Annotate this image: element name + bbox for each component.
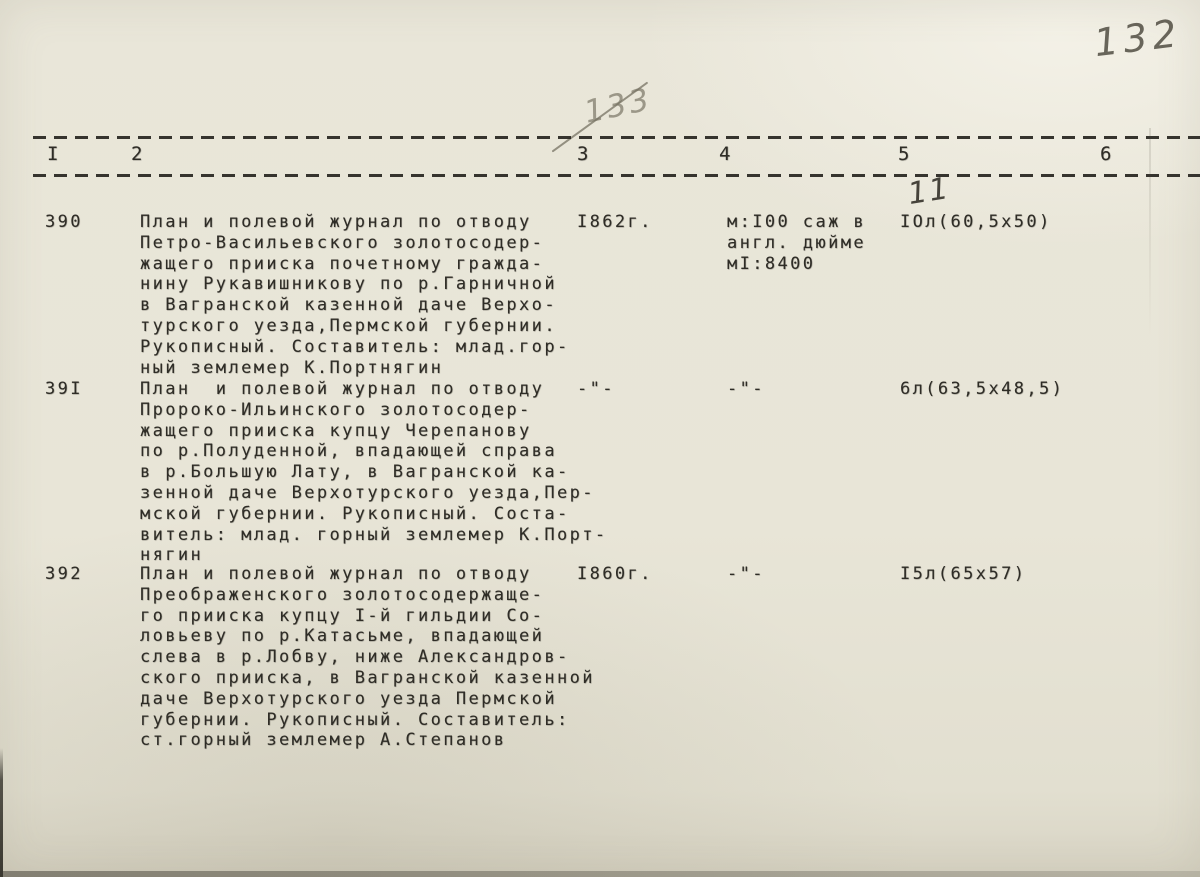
handwritten-sheet-correction: 11 bbox=[906, 171, 953, 212]
column-header-4: 4 bbox=[719, 145, 730, 164]
row-sheets: IOл(60,5x50) bbox=[900, 212, 1052, 233]
row-number: 390 bbox=[45, 212, 83, 233]
column-header-5: 5 bbox=[898, 145, 909, 164]
handwritten-page-number: 132 bbox=[1092, 11, 1184, 65]
scanned-document-page: 132 133 I 2 3 4 5 6 390 План и полевой ж… bbox=[0, 0, 1200, 877]
row-scale: -"- bbox=[727, 564, 912, 585]
row-number: 392 bbox=[45, 564, 83, 585]
table-rule-top bbox=[33, 136, 1200, 139]
column-header-6: 6 bbox=[1100, 145, 1111, 164]
row-sheets: I5л(65x57) bbox=[900, 564, 1026, 585]
row-description: План и полевой журнал по отводу Пророко-… bbox=[140, 379, 645, 566]
column-header-2: 2 bbox=[131, 145, 142, 164]
row-number: 39I bbox=[45, 379, 83, 400]
column-header-1: I bbox=[47, 145, 58, 164]
row-year: I860г. bbox=[577, 564, 653, 585]
row-description: План и полевой журнал по отводу Преображ… bbox=[140, 564, 645, 751]
table-rule-bottom bbox=[33, 174, 1200, 177]
column-header-3: 3 bbox=[577, 145, 588, 164]
row-scale: -"- bbox=[727, 379, 912, 400]
row-scale: м:I00 саж в англ. дюйме мI:8400 bbox=[727, 212, 912, 274]
row-year: -"- bbox=[577, 379, 615, 400]
paper-crease bbox=[1149, 128, 1151, 338]
scan-edge-shadow bbox=[0, 748, 3, 877]
row-sheets: 6л(63,5x48,5) bbox=[900, 379, 1064, 400]
row-year: I862г. bbox=[577, 212, 653, 233]
row-description: План и полевой журнал по отводу Петро-Ва… bbox=[140, 212, 645, 378]
